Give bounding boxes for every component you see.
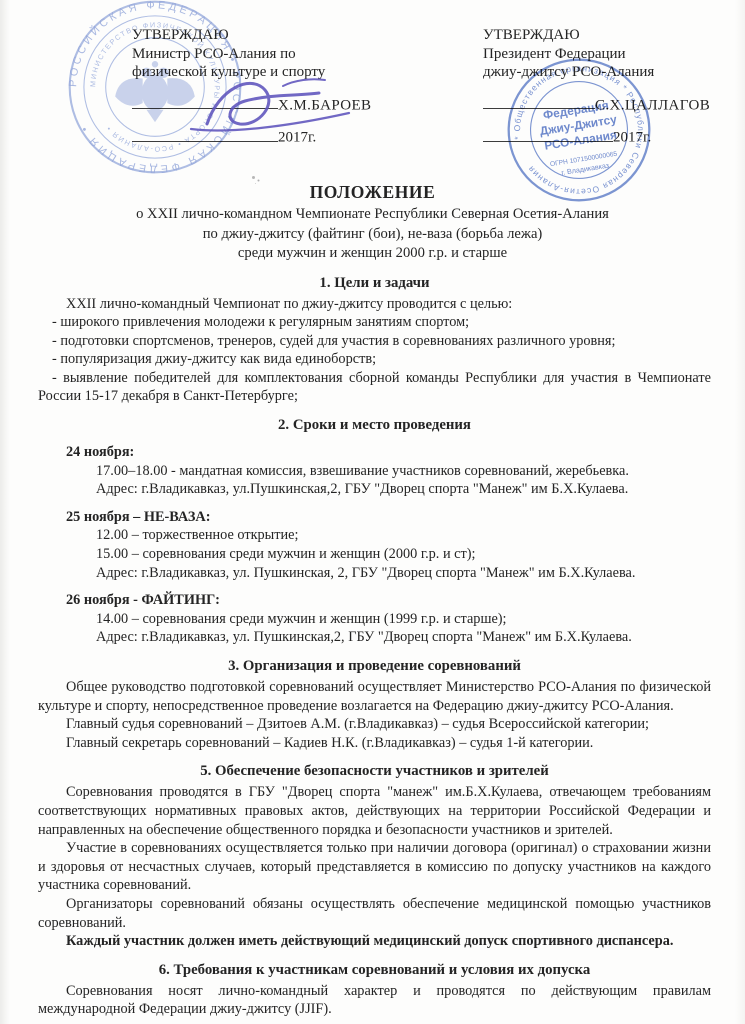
section-6-heading: 6. Требования к участникам соревнований …: [38, 962, 711, 979]
schedule-line: 15.00 – соревнования среди мужчин и женщ…: [38, 545, 711, 564]
schedule-line: 14.00 – соревнования среди мужчин и женщ…: [38, 610, 711, 629]
subtitle-line3: среди мужчин и женщин 2000 г.р. и старше: [0, 244, 745, 264]
address-line: Адрес: г.Владикавказ, ул. Пушкинская, 2,…: [38, 564, 711, 583]
date-heading: 24 ноября:: [38, 443, 711, 462]
section-2-heading: 2. Сроки и место проведения: [38, 417, 711, 434]
schedule-line: 17.00–18.00 - мандатная комиссия, взвеши…: [38, 462, 711, 481]
list-item: - выявление победителей для комплектован…: [38, 369, 711, 406]
date-heading: 25 ноября – НЕ-ВАЗА:: [38, 508, 711, 527]
paragraph: Организаторы соревнований обязаны осущес…: [38, 895, 711, 932]
paragraph: XXII лично-командный Чемпионат по джиу-д…: [38, 295, 711, 314]
paragraph: Соревнования проводятся в ГБУ "Дворец сп…: [38, 783, 711, 839]
paragraph: Участие в соревнованиях осуществляется т…: [38, 839, 711, 895]
address-line: Адрес: г.Владикавказ, ул. Пушкинская,2, …: [38, 628, 711, 647]
document-title: ПОЛОЖЕНИЕ: [0, 182, 745, 203]
list-item: - подготовки спортсменов, тренеров, суде…: [38, 332, 711, 351]
subtitle-line1: о XXII лично-командном Чемпионате Респуб…: [0, 205, 745, 225]
section-3-heading: 3. Организация и проведение соревнований: [38, 658, 711, 675]
date-heading: 26 ноября - ФАЙТИНГ:: [38, 591, 711, 610]
section-5-heading: 5. Обеспечение безопасности участников и…: [38, 763, 711, 780]
staff-line: Главный секретарь соревнований – Кадиев …: [38, 734, 711, 753]
paragraph: Общее руководство подготовкой соревнован…: [38, 678, 711, 715]
paragraph-bold: Каждый участник должен иметь действующий…: [38, 932, 711, 951]
subtitle-line2: по джиу-джитсу (файтинг (бои), не-ваза (…: [0, 225, 745, 245]
address-line: Адрес: г.Владикавказ, ул.Пушкинская,2, Г…: [38, 480, 711, 499]
paragraph: Соревнования носят лично-командный харак…: [38, 982, 711, 1019]
title-block: ПОЛОЖЕНИЕ о XXII лично-командном Чемпион…: [0, 0, 745, 264]
document-body: 1. Цели и задачи XXII лично-командный Че…: [0, 275, 745, 1019]
schedule-line: 12.00 – торжественное открытие;: [38, 526, 711, 545]
list-item: - популяризация джиу-джитсу как вида еди…: [38, 350, 711, 369]
section-1-heading: 1. Цели и задачи: [38, 275, 711, 292]
document-page: РОССИЙСКАЯ ФЕДЕРАЦИЯ • РОССИЙСКАЯ ФЕДЕРА…: [0, 0, 745, 1024]
list-item: - широкого привлечения молодежи к регуля…: [38, 313, 711, 332]
staff-line: Главный судья соревнований – Дзитоев А.М…: [38, 715, 711, 734]
